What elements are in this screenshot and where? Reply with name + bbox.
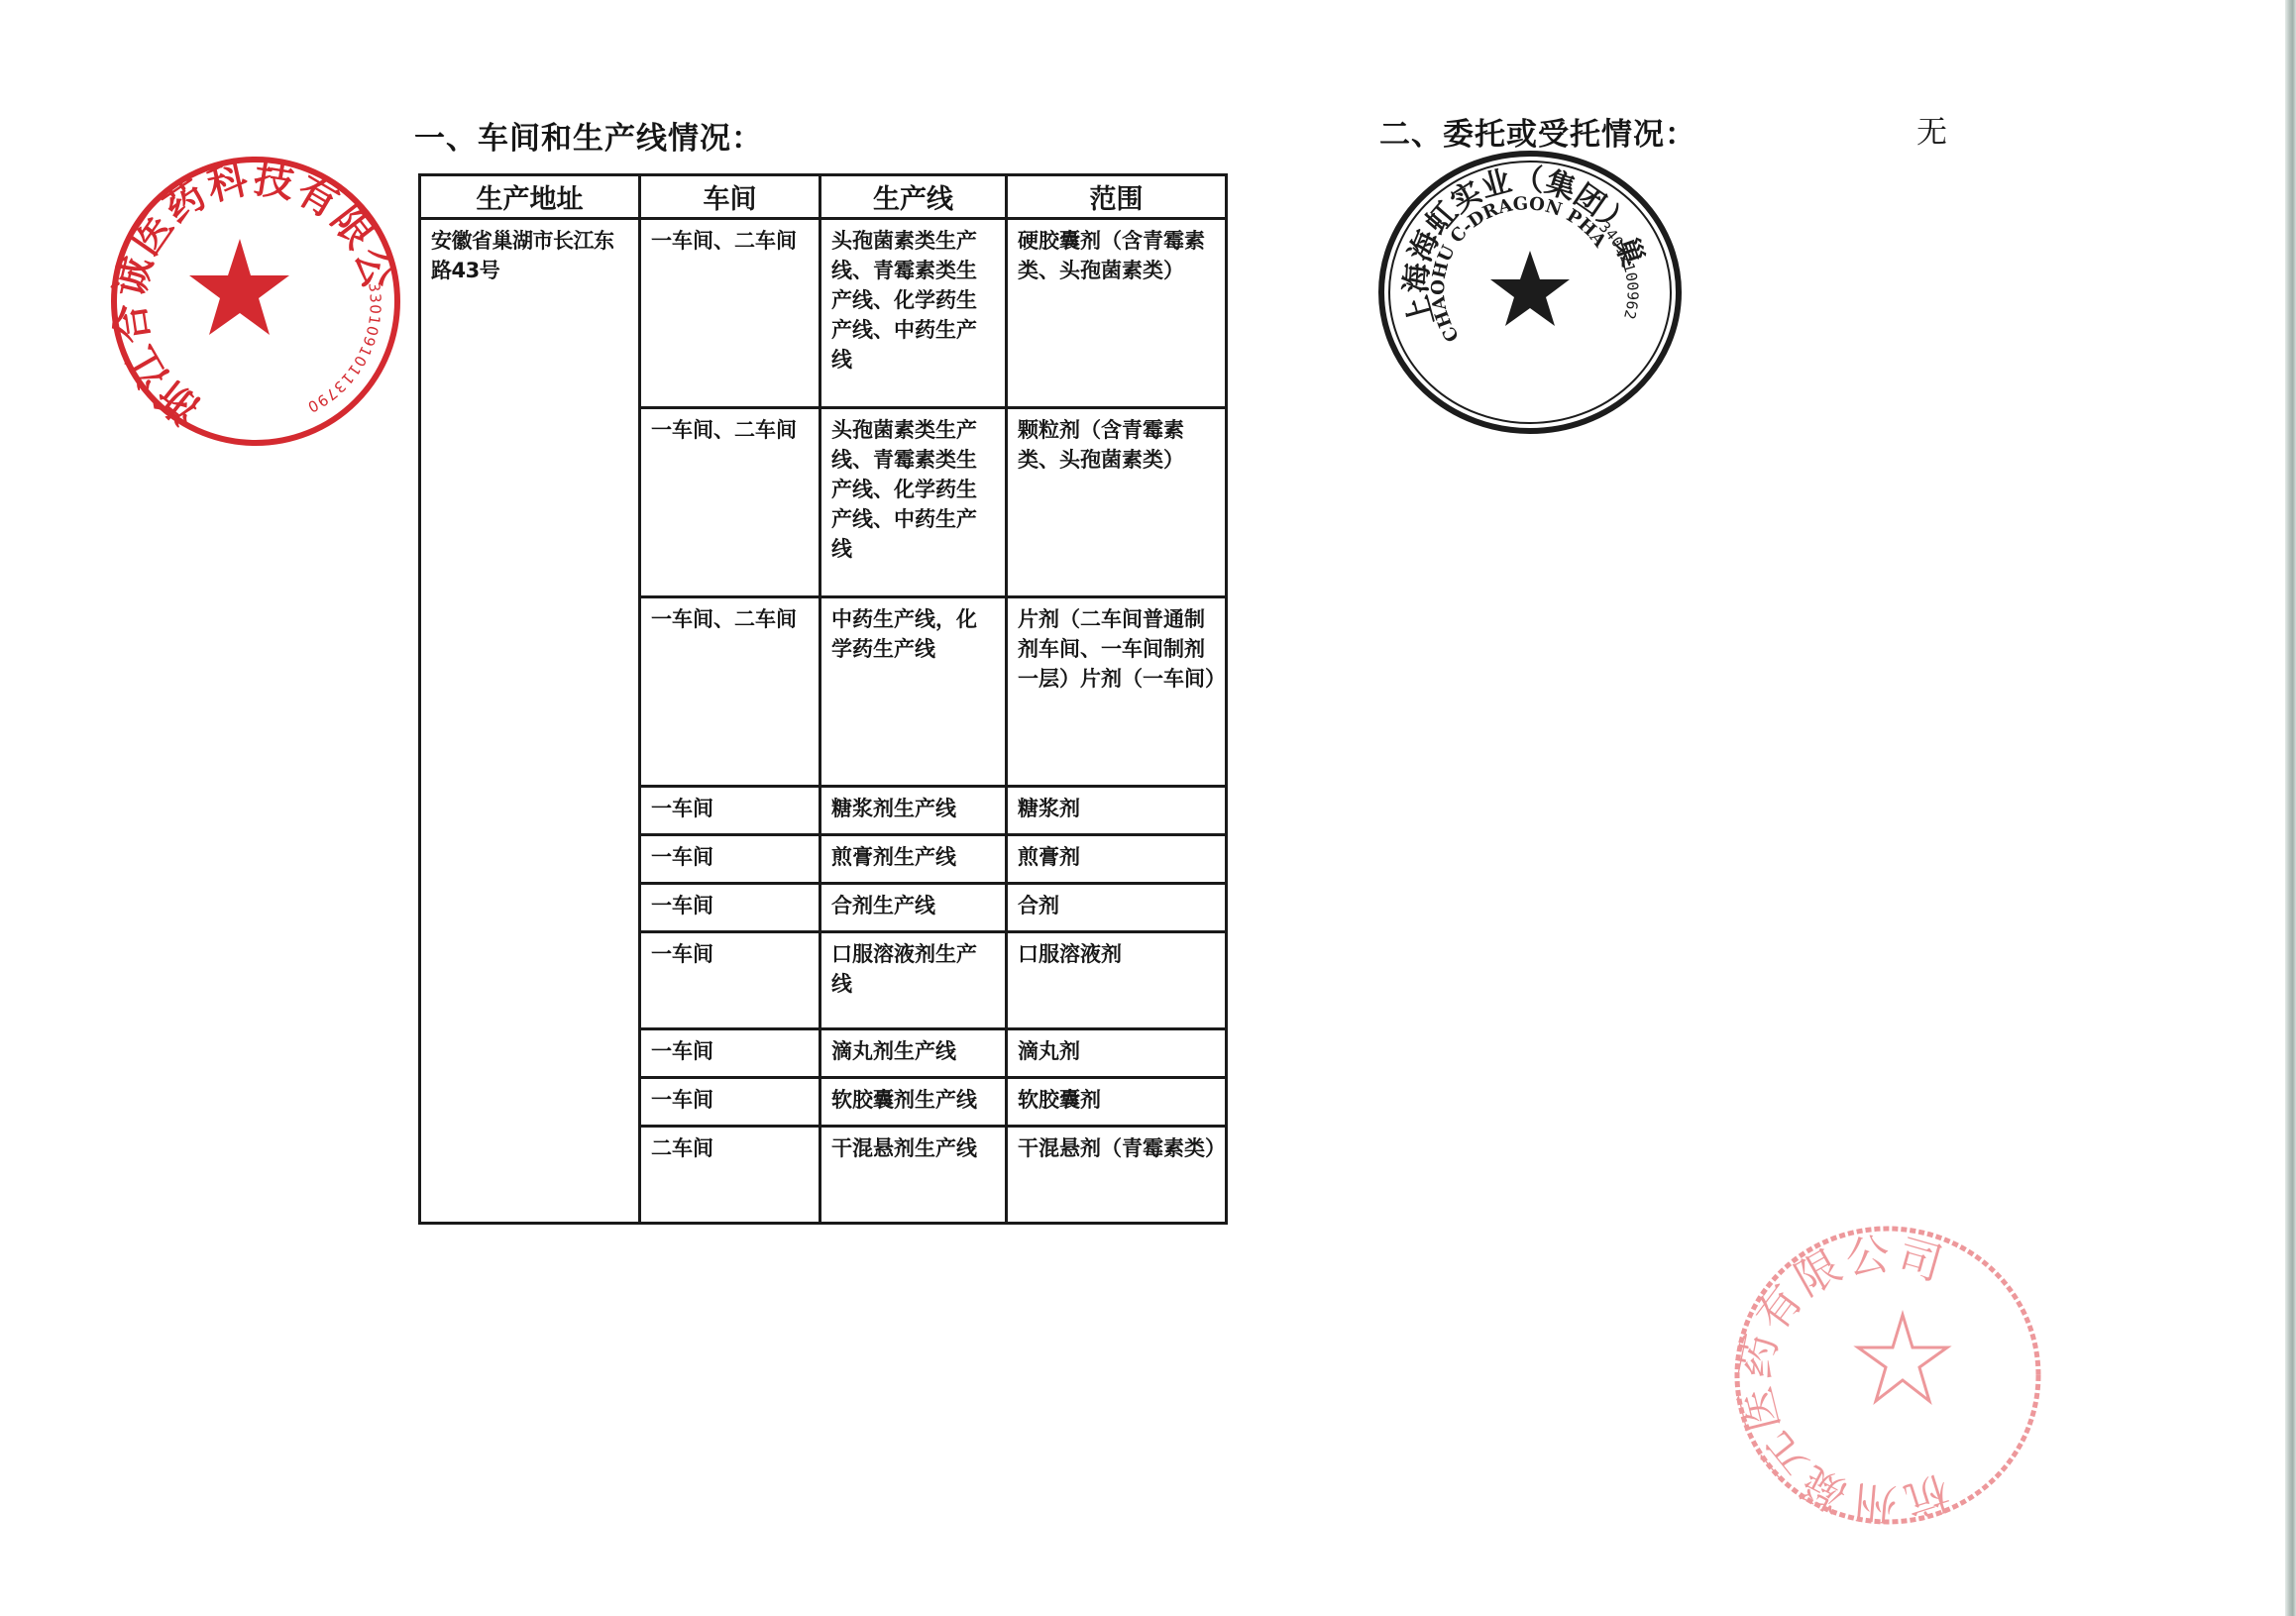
- section1-heading: 一、车间和生产线情况：: [414, 113, 763, 158]
- workshop-production-line-table: 生产地址 车间 生产线 范围 安徽省巢湖市长江东路43号 一车间、二车间 头孢菌…: [418, 173, 1228, 1225]
- svg-text:33010910113790: 33010910113790: [304, 281, 384, 416]
- scope-cell: 合剂: [1007, 884, 1227, 932]
- scope-cell: 滴丸剂: [1007, 1029, 1227, 1078]
- line-cell: 头孢菌素类生产线、青霉素类生产线、化学药生产线、中药生产线: [820, 408, 1007, 597]
- seal-red-number: 33010910113790: [304, 281, 384, 416]
- workshop-cell: 一车间、二车间: [640, 219, 820, 408]
- seal-faded-text: 杭州凝元医药有限公司: [1729, 1229, 1955, 1529]
- scope-cell: 软胶囊剂: [1007, 1078, 1227, 1127]
- scope-cell: 口服溶液剂: [1007, 932, 1227, 1029]
- company-seal-black: 上海海虹实业（集团）巢湖今辰药业有限公司 CHAOHU C-DRAGON PHA…: [1375, 149, 1685, 436]
- workshop-cell: 一车间: [640, 932, 820, 1029]
- company-seal-red: 浙江合诚医药科技有限公司 33010910113790: [109, 155, 402, 448]
- scan-edge: [2285, 0, 2296, 1616]
- star-icon: [189, 239, 289, 335]
- scope-cell: 片剂（二车间普通制剂车间、一车间制剂一层）片剂（一车间）: [1007, 597, 1227, 787]
- scope-cell: 糖浆剂: [1007, 787, 1227, 835]
- header-workshop: 车间: [640, 175, 820, 219]
- seal-red-graphic: 浙江合诚医药科技有限公司 33010910113790: [109, 155, 402, 448]
- line-cell: 口服溶液剂生产线: [820, 932, 1007, 1029]
- line-cell: 干混悬剂生产线: [820, 1127, 1007, 1224]
- workshop-cell: 一车间: [640, 835, 820, 884]
- seal-faded-graphic: 杭州凝元医药有限公司: [1729, 1221, 2046, 1530]
- line-cell: 头孢菌素类生产线、青霉素类生产线、化学药生产线、中药生产线: [820, 219, 1007, 408]
- company-seal-faded: 杭州凝元医药有限公司: [1729, 1221, 2046, 1530]
- line-cell: 中药生产线，化学药生产线: [820, 597, 1007, 787]
- section2-value: 无: [1916, 107, 1947, 152]
- line-cell: 滴丸剂生产线: [820, 1029, 1007, 1078]
- workshop-cell: 一车间、二车间: [640, 408, 820, 597]
- scope-cell: 硬胶囊剂（含青霉素类、头孢菌素类）: [1007, 219, 1227, 408]
- workshop-cell: 一车间: [640, 787, 820, 835]
- line-cell: 煎膏剂生产线: [820, 835, 1007, 884]
- header-address: 生产地址: [420, 175, 640, 219]
- scope-cell: 煎膏剂: [1007, 835, 1227, 884]
- workshop-cell: 一车间: [640, 884, 820, 932]
- table-header-row: 生产地址 车间 生产线 范围: [420, 175, 1227, 219]
- workshop-cell: 一车间: [640, 1029, 820, 1078]
- line-cell: 糖浆剂生产线: [820, 787, 1007, 835]
- line-cell: 合剂生产线: [820, 884, 1007, 932]
- star-icon: [1490, 251, 1570, 326]
- header-scope: 范围: [1007, 175, 1227, 219]
- line-cell: 软胶囊剂生产线: [820, 1078, 1007, 1127]
- header-production-line: 生产线: [820, 175, 1007, 219]
- table-row: 安徽省巢湖市长江东路43号 一车间、二车间 头孢菌素类生产线、青霉素类生产线、化…: [420, 219, 1227, 408]
- section2-heading: 二、委托或受托情况：: [1379, 109, 1696, 154]
- workshop-cell: 二车间: [640, 1127, 820, 1224]
- scope-cell: 颗粒剂（含青霉素类、头孢菌素类）: [1007, 408, 1227, 597]
- scope-cell: 干混悬剂（青霉素类）: [1007, 1127, 1227, 1224]
- svg-text:杭州凝元医药有限公司: 杭州凝元医药有限公司: [1729, 1229, 1955, 1529]
- workshop-cell: 一车间、二车间: [640, 597, 820, 787]
- seal-black-graphic: 上海海虹实业（集团）巢湖今辰药业有限公司 CHAOHU C-DRAGON PHA…: [1375, 149, 1685, 436]
- workshop-cell: 一车间: [640, 1078, 820, 1127]
- star-icon: [1858, 1315, 1947, 1401]
- address-cell: 安徽省巢湖市长江东路43号: [420, 219, 640, 1224]
